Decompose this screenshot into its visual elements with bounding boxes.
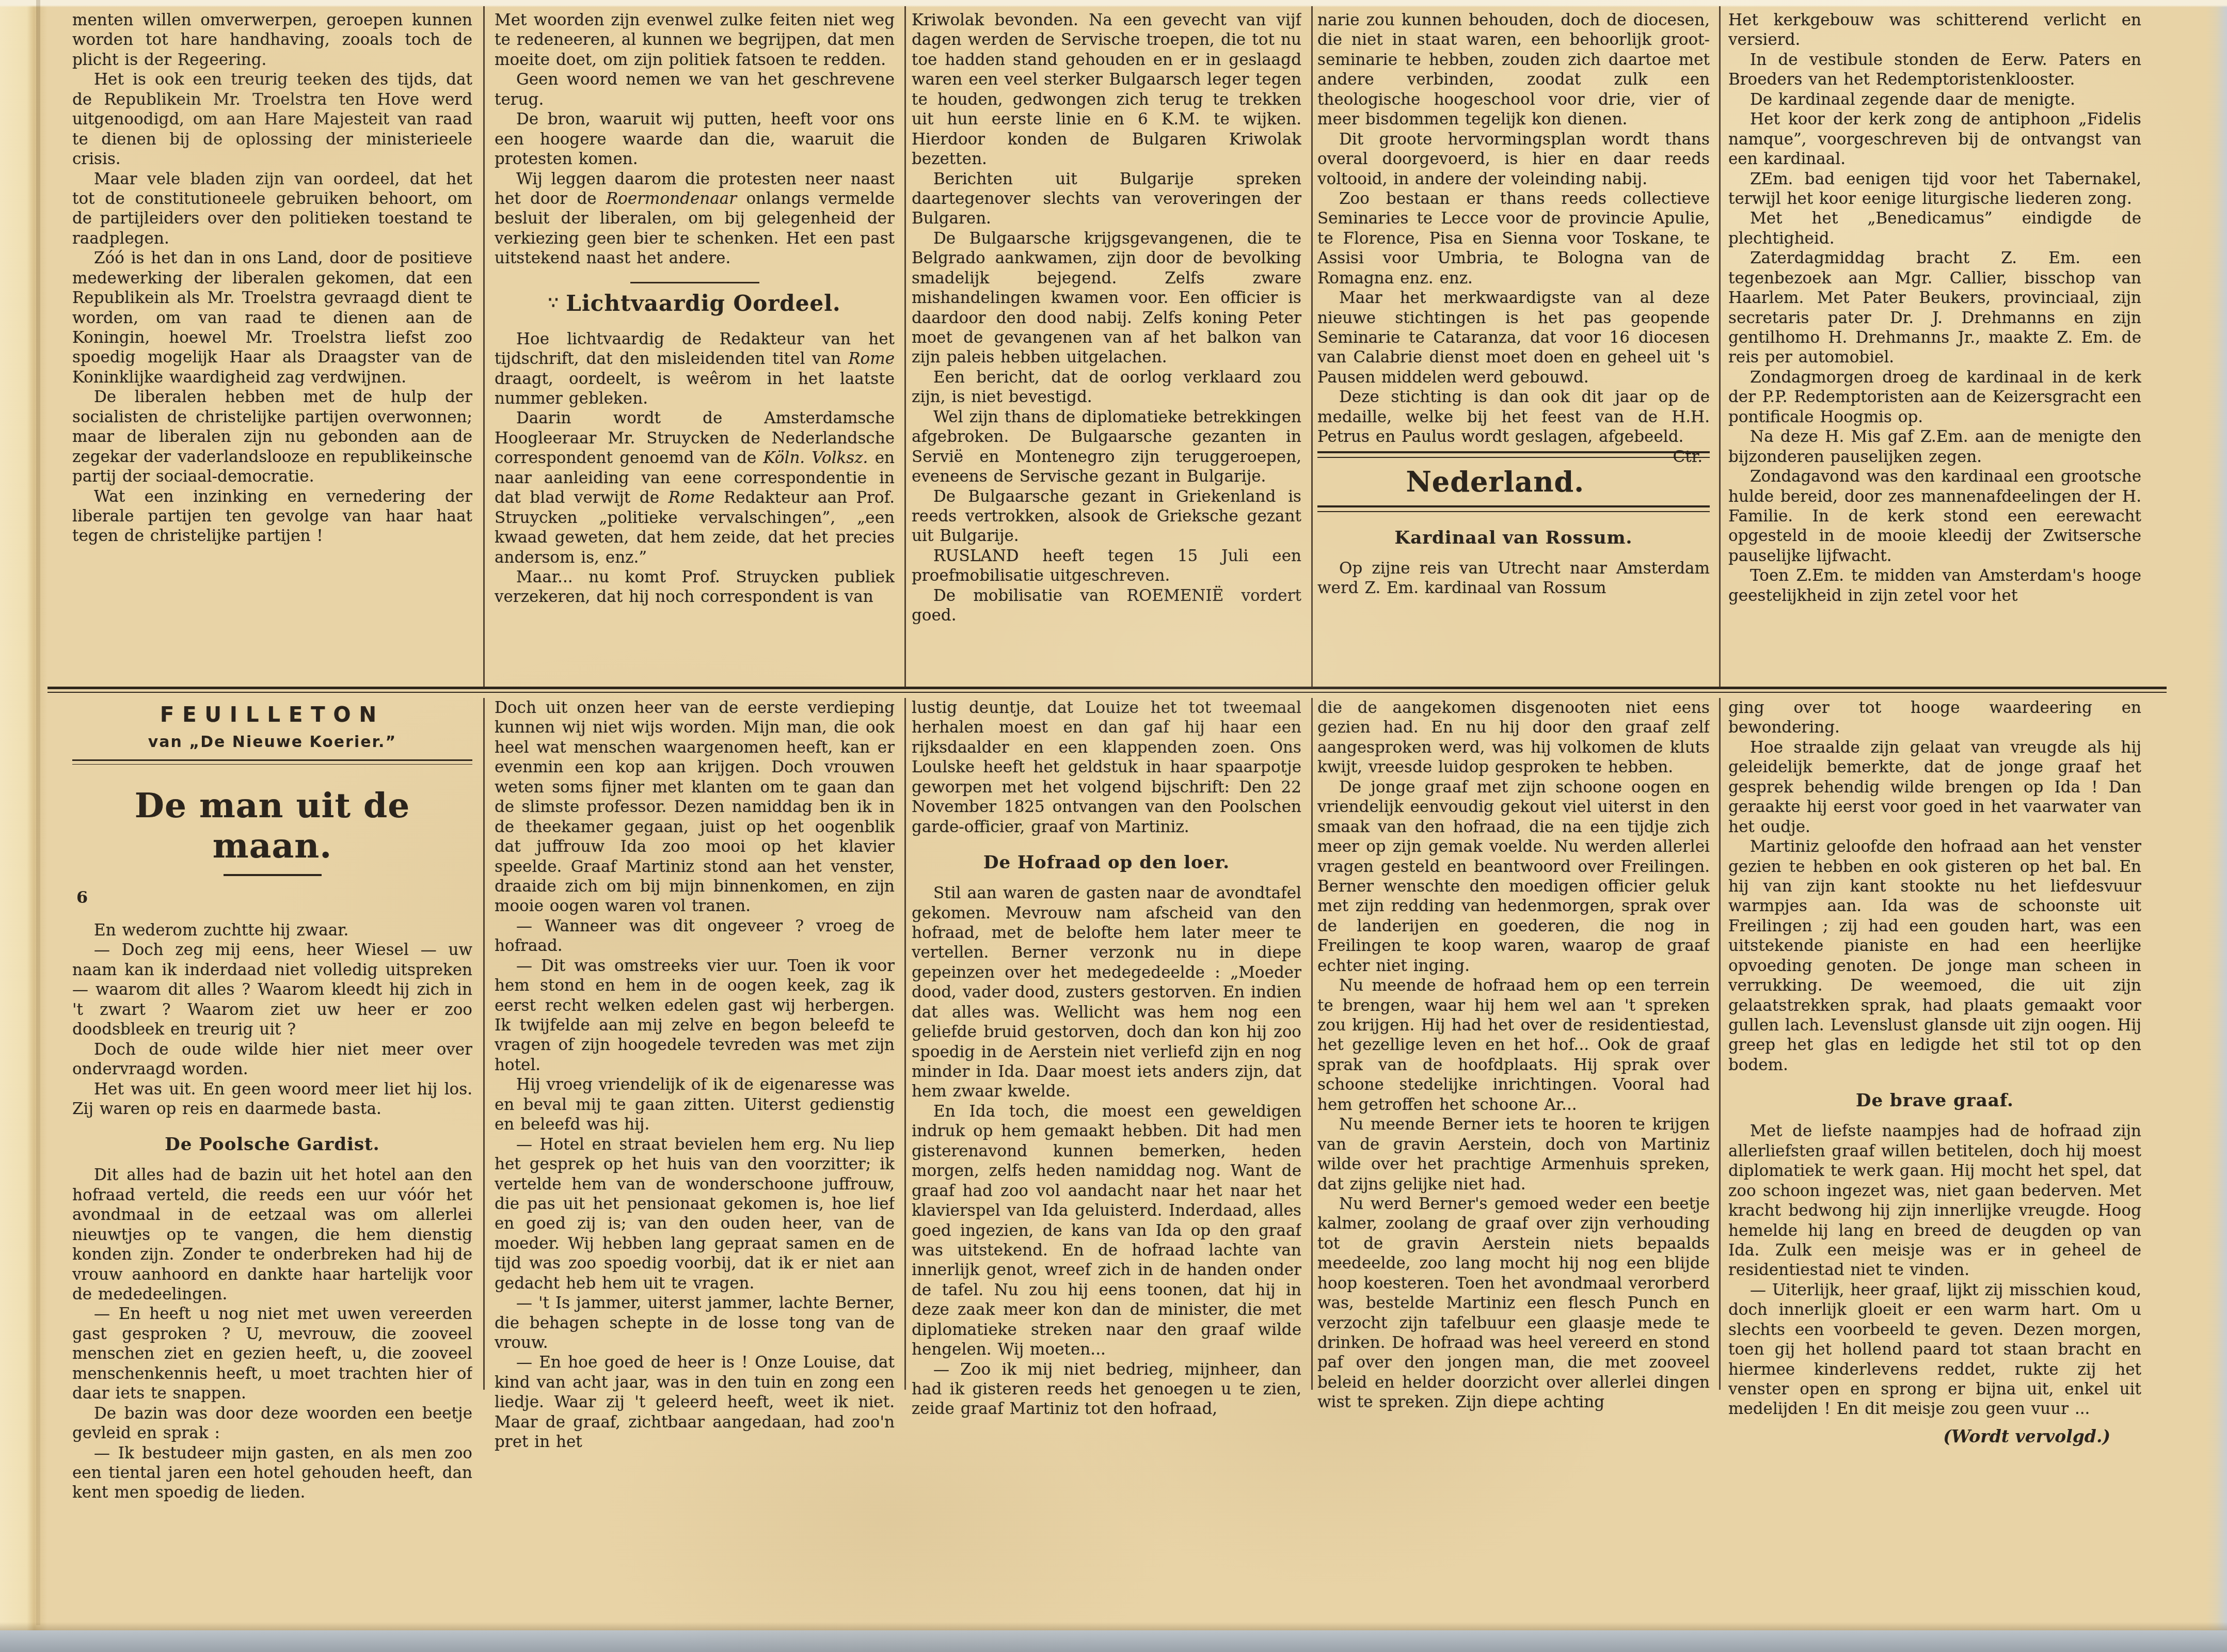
- article-paragraph: Zaterdagmiddag bracht Z. Em. een tegenbe…: [1728, 248, 2141, 368]
- feuilleton-column-1: FEUILLETON van „De Nieuwe Koerier.” De m…: [72, 698, 472, 1638]
- article-paragraph: Met de liefste naampjes had de hofraad z…: [1728, 1121, 2141, 1280]
- top-column-5: Het kerkgebouw was schitterend verlicht …: [1728, 10, 2141, 685]
- article-subheading: ∵Lichtvaardig Oordeel.: [495, 291, 895, 316]
- article-paragraph: Nu werd Berner's gemoed weder een beetje…: [1317, 1194, 1710, 1412]
- article-paragraph: Nu meende de hofraad hem op een terrein …: [1317, 976, 1710, 1115]
- article-paragraph: Doch de oude wilde hier niet meer over o…: [72, 1040, 472, 1079]
- article-paragraph: — Zoo ik mij niet bedrieg, mijnheer, dan…: [912, 1360, 1301, 1419]
- article-paragraph: Het was uit. En geen woord meer liet hij…: [72, 1079, 472, 1119]
- article-paragraph: Maar vele bladen zijn van oordeel, dat h…: [72, 169, 472, 249]
- article-paragraph: Het koor der kerk zong de antiphoon „Fid…: [1728, 109, 2141, 169]
- article-paragraph: Zóó is het dan in ons Land, door de posi…: [72, 248, 472, 387]
- article-paragraph: Hoe lichtvaardig de Redakteur van het ti…: [495, 329, 895, 409]
- article-paragraph: En wederom zuchtte hij zwaar.: [72, 920, 472, 940]
- article-paragraph: — Doch zeg mij eens, heer Wiesel — uw na…: [72, 940, 472, 1039]
- article-subheading: Kardinaal van Rossum.: [1317, 528, 1710, 548]
- header-rule: [72, 759, 472, 765]
- title-rule: [224, 874, 322, 876]
- feuilleton-column-4: die de aangekomen disgenooten niet eens …: [1317, 698, 1710, 1638]
- section-heading-block: Nederland.: [1317, 451, 1710, 512]
- article-paragraph: Kriwolak bevonden. Na een gevecht van vi…: [912, 10, 1301, 169]
- article-paragraph: De liberalen hebben met de hulp der soci…: [72, 387, 472, 486]
- article-paragraph: — Uiterlijk, heer graaf, lijkt zij missc…: [1728, 1280, 2141, 1419]
- column-rule: [483, 698, 485, 1390]
- article-paragraph: Dit groote hervormingsplan wordt thans o…: [1317, 130, 1710, 189]
- article-paragraph: De mobilisatie van ROEMENIË vordert goed…: [912, 586, 1301, 626]
- feuilleton-kicker: FEUILLETON: [72, 703, 472, 727]
- article-paragraph: ging over tot hooge waardeering en bewon…: [1728, 698, 2141, 738]
- article-paragraph: Nu meende Berner iets te hooren te krijg…: [1317, 1115, 1710, 1194]
- article-paragraph: Met het „Benedicamus” eindigde de plecht…: [1728, 209, 2141, 248]
- story-title: De man uit de maan.: [72, 785, 472, 866]
- article-paragraph: RUSLAND heeft tegen 15 Juli een proefmob…: [912, 546, 1301, 586]
- column-rule: [1311, 6, 1313, 688]
- article-paragraph: — En hoe goed de heer is ! Onze Louise, …: [495, 1353, 895, 1452]
- article-paragraph: — Ik bestudeer mijn gasten, en als men z…: [72, 1443, 472, 1503]
- feuilleton-column-2: Doch uit onzen heer van de eerste verdie…: [495, 698, 895, 1638]
- scanner-background-strip: [0, 1630, 2227, 1652]
- article-paragraph: — Wanneer was dit ongeveer ? vroeg de ho…: [495, 916, 895, 956]
- column-rule: [483, 6, 485, 688]
- column-rule: [1719, 698, 1721, 1390]
- double-rule: [1317, 451, 1710, 458]
- article-signature: Ctr.: [1673, 447, 1710, 467]
- article-paragraph: — Dit was omstreeks vier uur. Toen ik vo…: [495, 956, 895, 1075]
- article-paragraph: De jonge graaf met zijn schoone oogen en…: [1317, 777, 1710, 976]
- article-paragraph: De bazin was door deze woorden een beetj…: [72, 1404, 472, 1443]
- article-subheading: De Poolsche Gardist.: [72, 1134, 472, 1155]
- column-rule: [1311, 698, 1313, 1390]
- article-paragraph: Stil aan waren de gasten naar de avondta…: [912, 883, 1301, 1102]
- article-paragraph: Martiniz geloofde den hofraad aan het ve…: [1728, 837, 2141, 1075]
- article-paragraph: Met woorden zijn evenwel zulke feiten ni…: [495, 10, 895, 70]
- feuilleton-header: FEUILLETON van „De Nieuwe Koerier.” De m…: [72, 703, 472, 907]
- article-paragraph: — En heeft u nog niet met uwen vereerden…: [72, 1304, 472, 1403]
- article-paragraph: Zoo bestaan er thans reeds collectieve S…: [1317, 189, 1710, 288]
- article-paragraph: Dit alles had de bazin uit het hotel aan…: [72, 1165, 472, 1304]
- article-paragraph: — Hotel en straat bevielen hem erg. Nu l…: [495, 1135, 895, 1294]
- article-paragraph: Hij vroeg vriendelijk of ik de eigenares…: [495, 1075, 895, 1134]
- top-column-4: narie zou kunnen behouden, doch de dioce…: [1317, 10, 1710, 685]
- column-rule: [904, 698, 906, 1390]
- feuilleton-source: van „De Nieuwe Koerier.”: [72, 733, 472, 751]
- heading-rule: [630, 282, 759, 283]
- newspaper-page: menten willen omverwerpen, geroepen kunn…: [0, 0, 2227, 1652]
- article-paragraph: In de vestibule stonden de Eerw. Paters …: [1728, 50, 2141, 90]
- article-paragraph: Op zijne reis van Utrecht naar Amsterdam…: [1317, 559, 1710, 598]
- serial-continuation-note: (Wordt vervolgd.): [1728, 1426, 2110, 1447]
- article-paragraph: ZEm. bad eenigen tijd voor het Tabernake…: [1728, 169, 2141, 209]
- article-paragraph: Daarin wordt de Amsterdamsche Hoogleeraa…: [495, 408, 895, 567]
- article-paragraph: De bron, waaruit wij putten, heeft voor …: [495, 109, 895, 169]
- article-paragraph: narie zou kunnen behouden, doch de dioce…: [1317, 10, 1710, 130]
- feuilleton-column-5: ging over tot hooge waardeering en bewon…: [1728, 698, 2141, 1638]
- column-rule: [1719, 6, 1721, 688]
- article-paragraph: Zondagavond was den kardinaal een groots…: [1728, 467, 2141, 566]
- article-subheading: De Hofraad op den loer.: [912, 852, 1301, 873]
- article-paragraph: Na deze H. Mis gaf Z.Em. aan de menigte …: [1728, 427, 2141, 467]
- article-paragraph: En Ida toch, die moest een geweldigen in…: [912, 1102, 1301, 1360]
- article-paragraph: Zondagmorgen droeg de kardinaal in de ke…: [1728, 368, 2141, 427]
- article-paragraph: Maar het merkwaardigste van al deze nieu…: [1317, 288, 1710, 387]
- top-column-3: Kriwolak bevonden. Na een gevecht van vi…: [912, 10, 1301, 685]
- article-paragraph: Een bericht, dat de oorlog verklaard zou…: [912, 368, 1301, 407]
- article-paragraph: Het kerkgebouw was schitterend verlicht …: [1728, 10, 2141, 50]
- article-paragraph: De kardinaal zegende daar de menigte.: [1728, 90, 2141, 109]
- article-paragraph: De Bulgaarsche gezant in Griekenland is …: [912, 487, 1301, 546]
- section-divider-rule: [47, 687, 2167, 693]
- article-paragraph: De Bulgaarsche krijgsgevangenen, die te …: [912, 229, 1301, 368]
- article-paragraph: Deze stichting is dan ook dit jaar op de…: [1317, 387, 1710, 447]
- paper-crease: [36, 0, 40, 1625]
- article-paragraph: Geen woord nemen we van het geschrevene …: [495, 70, 895, 109]
- top-column-1: menten willen omverwerpen, geroepen kunn…: [72, 10, 472, 685]
- article-paragraph: Berichten uit Bulgarije spreken daartege…: [912, 169, 1301, 229]
- article-paragraph: Het is ook een treurig teeken des tijds,…: [72, 70, 472, 169]
- column-rule: [904, 6, 906, 688]
- double-rule: [1317, 505, 1710, 512]
- article-paragraph: Hoe straalde zijn gelaat van vreugde als…: [1728, 738, 2141, 837]
- article-paragraph: — 't Is jammer, uiterst jammer, lachte B…: [495, 1293, 895, 1353]
- top-column-2: Met woorden zijn evenwel zulke feiten ni…: [495, 10, 895, 685]
- article-paragraph: Wat een inzinking en vernedering der lib…: [72, 487, 472, 546]
- article-paragraph: die de aangekomen disgenooten niet eens …: [1317, 698, 1710, 777]
- article-paragraph: Toen Z.Em. te midden van Amsterdam's hoo…: [1728, 566, 2141, 606]
- article-subheading: De brave graaf.: [1728, 1090, 2141, 1111]
- feuilleton-column-3: lustig deuntje, dat Louize het tot tweem…: [912, 698, 1301, 1638]
- paper-bottom-edge: [0, 1622, 2227, 1630]
- article-paragraph: Wel zijn thans de diplomatieke betrekkin…: [912, 407, 1301, 487]
- article-paragraph: Wij leggen daarom die protesten neer naa…: [495, 169, 895, 268]
- article-paragraph: Doch uit onzen heer van de eerste verdie…: [495, 698, 895, 916]
- section-heading: Nederland.: [1317, 465, 1710, 498]
- asterism-mark: ∵: [548, 294, 559, 312]
- chapter-number: 6: [76, 887, 472, 907]
- article-paragraph: Maar... nu komt Prof. Struycken publiek …: [495, 567, 895, 607]
- article-paragraph: lustig deuntje, dat Louize het tot tweem…: [912, 698, 1301, 837]
- article-paragraph: menten willen omverwerpen, geroepen kunn…: [72, 10, 472, 70]
